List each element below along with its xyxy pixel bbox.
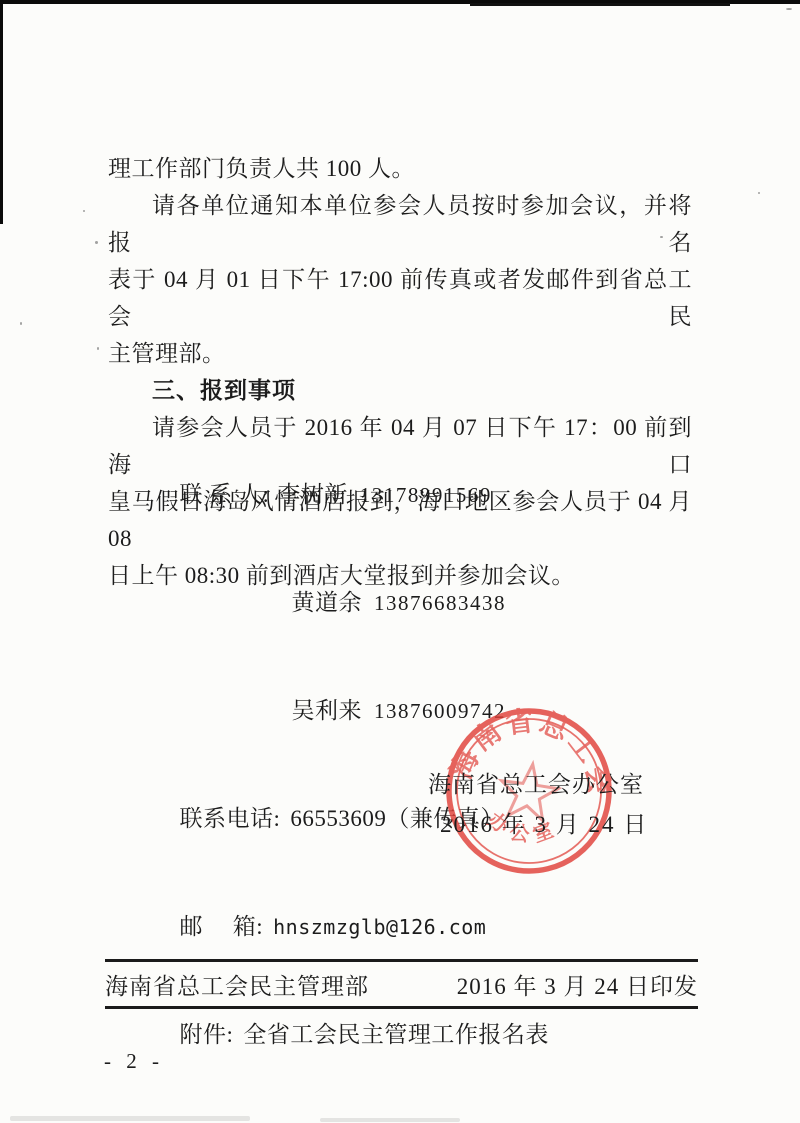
signature-office: 海南省总工会办公室 (428, 766, 644, 799)
contact-person-row: 联 系 人:李树新13178991569 (108, 441, 692, 549)
contact-person-label: 联 系 人: (180, 482, 270, 507)
signature-date: 2016 年 3 月 24 日 (440, 806, 648, 839)
body-line: 理工作部门负责人共 100 人。 (108, 150, 692, 187)
footer-issuer: 海南省总工会民主管理部 (105, 968, 369, 1001)
email-value: hnszmzglb@126.com (273, 915, 486, 939)
contact-name: 李树新 (277, 482, 348, 507)
body-line: 请各单位通知本单位参会人员按时参加会议，并将报名 (108, 187, 692, 261)
scan-speck (83, 210, 85, 212)
footer: 海南省总工会民主管理部 2016 年 3 月 24 日印发 (105, 964, 698, 1004)
section-heading: 三、报到事项 (108, 372, 692, 409)
scan-speck (97, 347, 99, 350)
body-line: 主管理部。 (108, 335, 692, 372)
email-label: 邮 箱: (180, 914, 264, 939)
contact-phone: 13178991569 (360, 483, 492, 507)
scan-speck (758, 192, 760, 194)
scan-speck (95, 241, 98, 244)
contact-name: 吴利来 (292, 698, 363, 723)
footer-rule-top (105, 959, 698, 962)
telephone-label: 联系电话: (180, 806, 281, 831)
footer-print-date: 2016 年 3 月 24 日印发 (457, 968, 698, 1001)
body-line: 表于 04 月 01 日下午 17:00 前传真或者发邮件到省总工会民 (108, 261, 692, 335)
footer-rule-bottom (105, 1006, 698, 1009)
scan-smudge (10, 1116, 250, 1121)
attachment-label: 附件: (180, 1022, 234, 1047)
scanned-document-page: 理工作部门负责人共 100 人。 请各单位通知本单位参会人员按时参加会议，并将报… (0, 0, 800, 1123)
page-number: - 2 - (104, 1049, 164, 1074)
contact-person-row: 黄道余13876683438 (108, 549, 692, 657)
scan-artifact-top-streak (470, 3, 730, 6)
contact-phone: 13876683438 (374, 591, 506, 615)
scan-artifact-left-edge (0, 0, 3, 224)
contact-name: 黄道余 (292, 590, 363, 615)
scan-speck (786, 8, 792, 10)
scan-smudge (320, 1118, 460, 1122)
scan-speck (20, 322, 22, 325)
attachment-value: 全省工会民主管理工作报名表 (243, 1022, 549, 1047)
